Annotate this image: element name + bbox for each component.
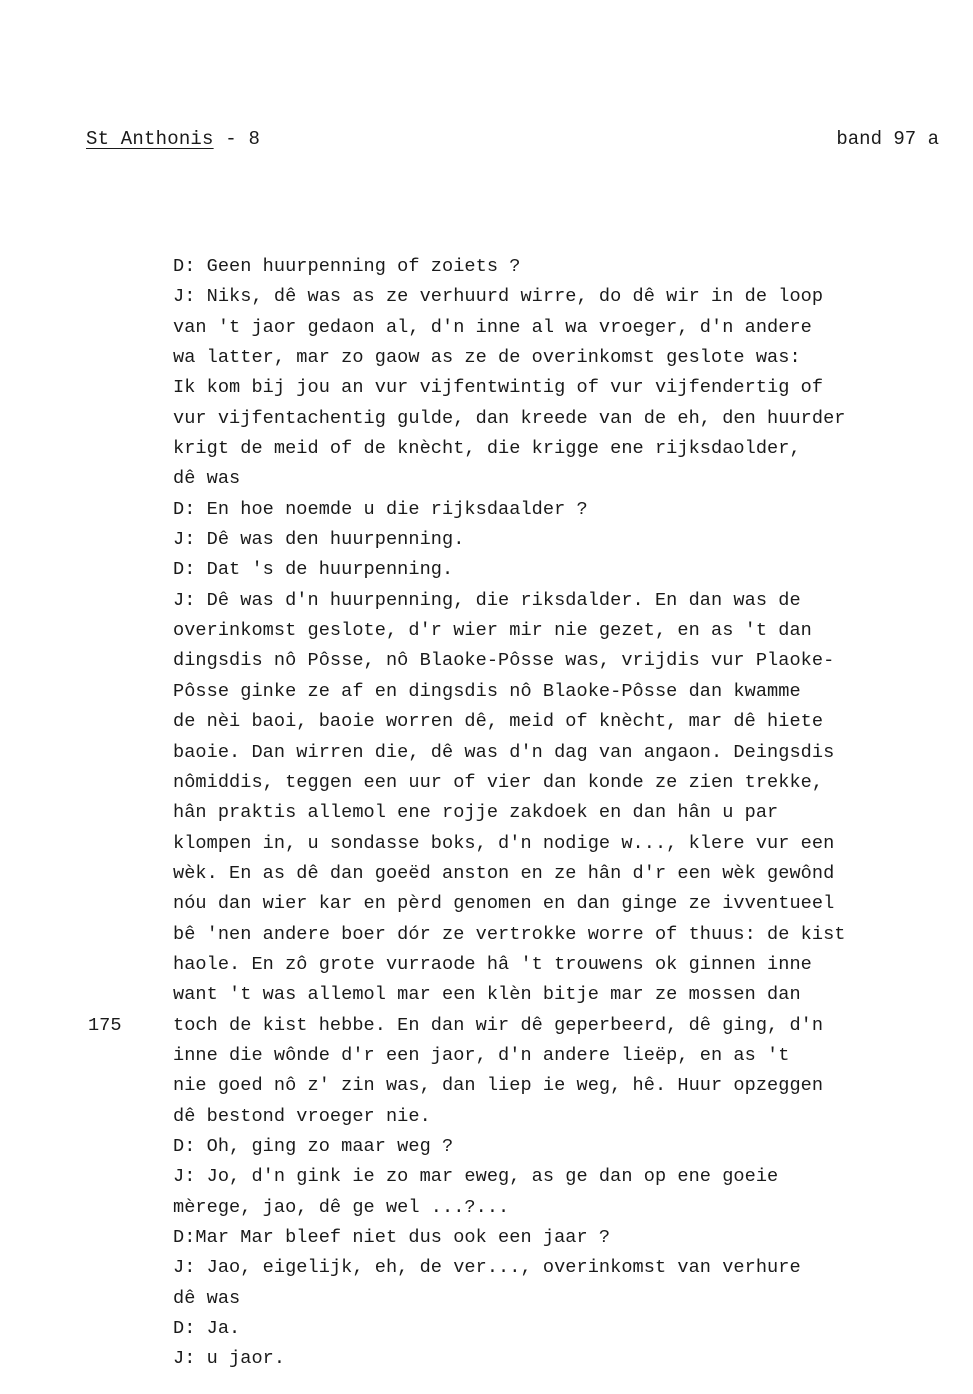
transcript-line: J: Jao, eigelijk, eh, de ver..., overink…: [173, 1253, 933, 1283]
transcript-line: van 't jaor gedaon al, d'n inne al wa vr…: [173, 313, 933, 343]
transcript-line: hân praktis allemol ene rojje zakdoek en…: [173, 798, 933, 828]
transcript-line: haole. En zô grote vurraode hâ 't trouwe…: [173, 950, 933, 980]
transcript-line: D: Oh, ging zo maar weg ?: [173, 1132, 933, 1162]
transcript-line: nóu dan wier kar en pèrd genomen en dan …: [173, 889, 933, 919]
document-title: St Anthonis: [86, 128, 214, 150]
transcript-line: de nèi baoi, baoie worren dê, meid of kn…: [173, 707, 933, 737]
page-number: 8: [248, 128, 260, 150]
transcript-line: inne die wônde d'r een jaor, d'n andere …: [173, 1041, 933, 1071]
transcript-line: overinkomst geslote, d'r wier mir nie ge…: [173, 616, 933, 646]
transcript-line: vur vijfentachentig gulde, dan kreede va…: [173, 404, 933, 434]
transcript-line: J: Dê was den huurpenning.: [173, 525, 933, 555]
transcript-body: D: Geen huurpenning of zoiets ?J: Niks, …: [173, 252, 933, 1375]
margin-line-number: 175: [88, 1011, 121, 1041]
transcript-line: D: Dat 's de huurpenning.: [173, 555, 933, 585]
transcript-line: D:Mar Mar bleef niet dus ook een jaar ?: [173, 1223, 933, 1253]
transcript-line: krigt de meid of de knècht, die krigge e…: [173, 434, 933, 464]
transcript-line: wa latter, mar zo gaow as ze de overinko…: [173, 343, 933, 373]
transcript-line: dingsdis nô Pôsse, nô Blaoke-Pôsse was, …: [173, 646, 933, 676]
transcript-line: baoie. Dan wirren die, dê was d'n dag va…: [173, 738, 933, 768]
transcript-line: J: Dê was d'n huurpenning, die riksdalde…: [173, 586, 933, 616]
tape-label: band 97 a: [836, 128, 939, 150]
transcript-line: want 't was allemol mar een klèn bitje m…: [173, 980, 933, 1010]
transcript-line: nie goed nô z' zin was, dan liep ie weg,…: [173, 1071, 933, 1101]
transcript-line: J: u jaor.: [173, 1344, 933, 1374]
transcript-line: Pôsse ginke ze af en dingsdis nô Blaoke-…: [173, 677, 933, 707]
transcript-line: toch de kist hebbe. En dan wir dê geperb…: [173, 1011, 933, 1041]
transcript-line: D: Geen huurpenning of zoiets ?: [173, 252, 933, 282]
transcript-line: bê 'nen andere boer dór ze vertrokke wor…: [173, 920, 933, 950]
transcript-line: klompen in, u sondasse boks, d'n nodige …: [173, 829, 933, 859]
transcript-line: nômiddis, teggen een uur of vier dan kon…: [173, 768, 933, 798]
transcript-line: Ik kom bij jou an vur vijfentwintig of v…: [173, 373, 933, 403]
transcript-line: D: Ja.: [173, 1314, 933, 1344]
transcript-line: mèrege, jao, dê ge wel ...?...: [173, 1193, 933, 1223]
transcript-line: dê was: [173, 464, 933, 494]
transcript-line: wèk. En as dê dan goeëd anston en ze hân…: [173, 859, 933, 889]
title-separator: -: [214, 128, 249, 150]
transcript-line: J: Niks, dê was as ze verhuurd wirre, do…: [173, 282, 933, 312]
document-page: St Anthonis - 8 band 97 a D: Geen huurpe…: [0, 0, 973, 1394]
page-header-left: St Anthonis - 8: [86, 128, 260, 150]
transcript-line: dê bestond vroeger nie.: [173, 1102, 933, 1132]
transcript-line: D: En hoe noemde u die rijksdaalder ?: [173, 495, 933, 525]
transcript-line: J: Jo, d'n gink ie zo mar eweg, as ge da…: [173, 1162, 933, 1192]
transcript-line: dê was: [173, 1284, 933, 1314]
